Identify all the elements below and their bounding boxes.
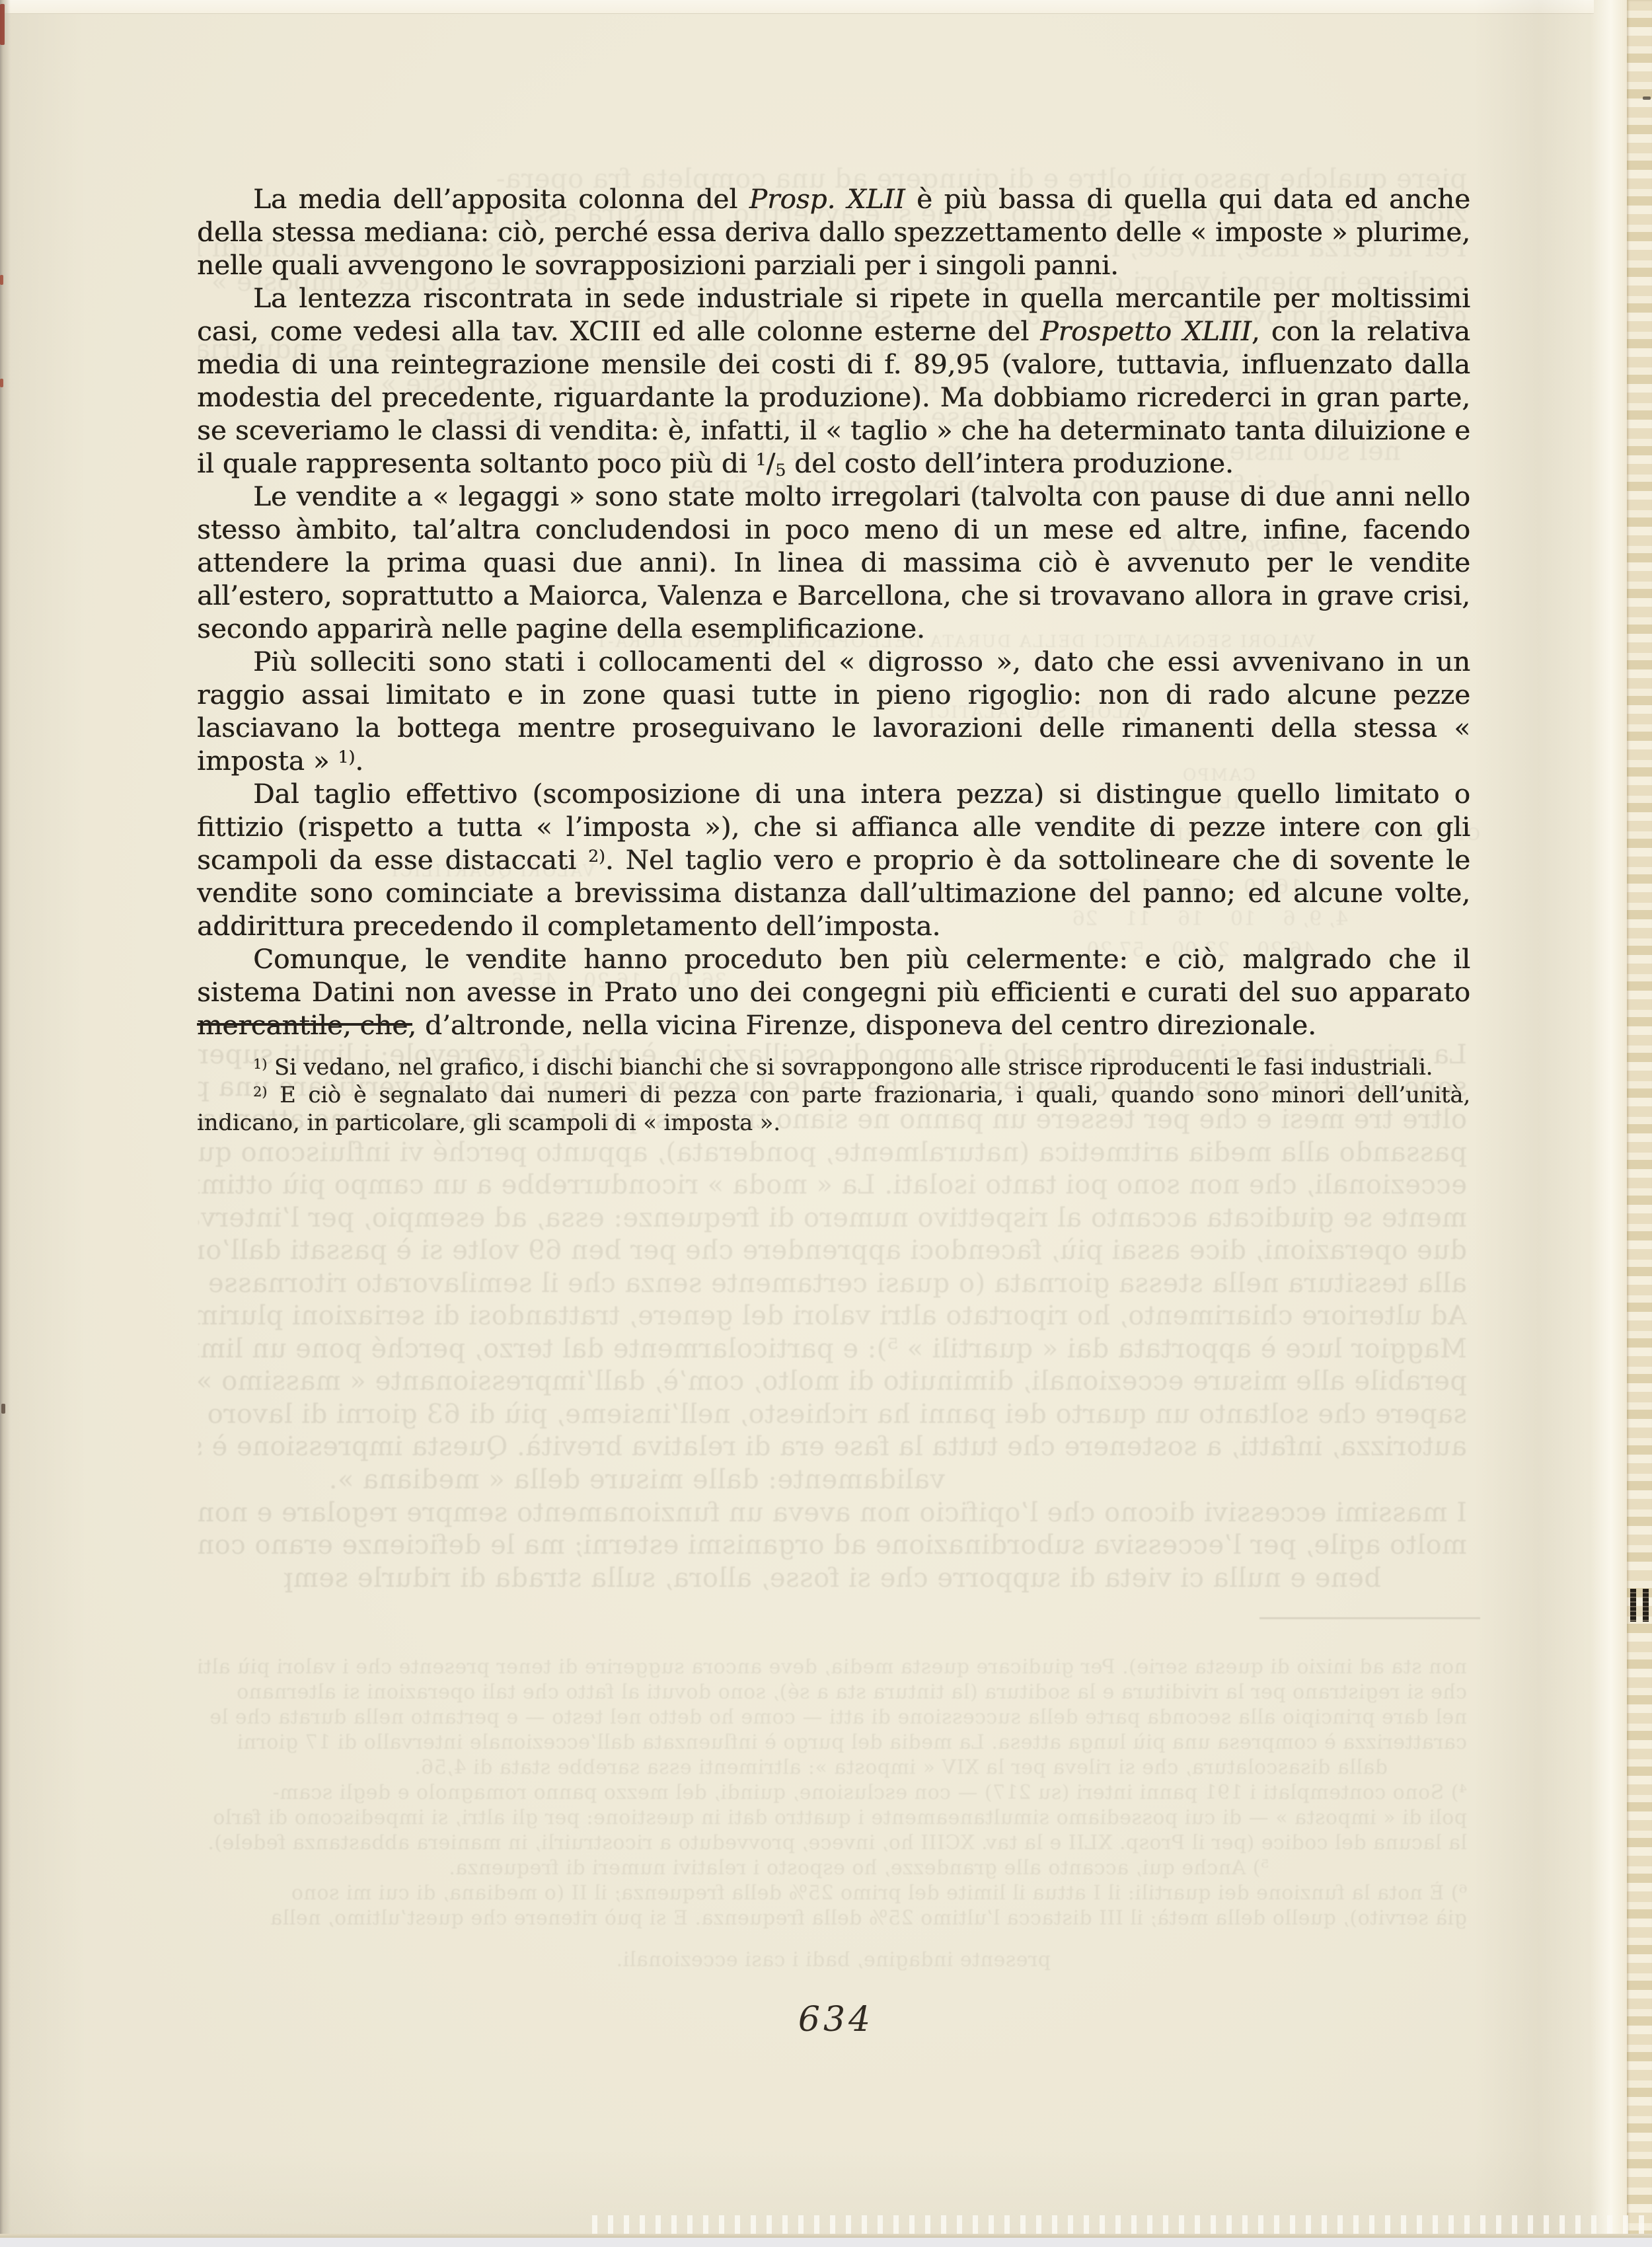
scanned-book-page: piere qualche passo più oltre e di giung… [0, 0, 1652, 2247]
bleedthrough-line: la lacuna del codice (per il Prosp. XLII… [198, 1831, 1467, 1855]
bleedthrough-line: molto agile, per l’eccessiva subordinazi… [198, 1530, 1467, 1560]
bleedthrough-line: I massimi eccessivi dicono che l’opifici… [198, 1498, 1467, 1528]
bleedthrough-line: mente se giudicata accanto al rispettivo… [198, 1203, 1467, 1233]
right-deckle-edge [1627, 0, 1652, 2247]
paragraph: La media dell’apposita colonna del Prosp… [197, 182, 1470, 282]
bleedthrough-line: dalla disascolatura, che si rileva per l… [225, 1756, 1388, 1780]
paragraph: Le vendite a « legaggi » sono state molt… [197, 480, 1470, 645]
bleedthrough-line: già servito), quello della metà; il III … [198, 1907, 1467, 1930]
bleedthrough-line: che si registrano per la rividitura e la… [198, 1681, 1467, 1704]
red-ink-mark [0, 4, 5, 45]
bleedthrough-line: bene e nulla ci vieta di supporre che si… [284, 1563, 1381, 1593]
bleedthrough-line: ⁵) Anche qui, accanto alle grandezze, ho… [278, 1856, 1269, 1880]
bleedthrough-line: caratterizza è compresa una più lunga at… [198, 1731, 1467, 1755]
red-ink-mark [0, 379, 3, 387]
bleedthrough-line: Maggior luce è apportata dai « quartili … [198, 1334, 1467, 1364]
bleedthrough-line: eccezionali, che non sono poi tanto isol… [198, 1170, 1467, 1200]
page-curve-shadow [1474, 0, 1593, 2247]
page-number: 634 [208, 2000, 1464, 2039]
binding-mark [1630, 1589, 1636, 1622]
bleedthrough-line: ⁶) È nota la funzione dei quartili: il I… [198, 1882, 1467, 1905]
paragraph: 1) Si vedano, nel grafico, i dischi bian… [197, 1053, 1470, 1081]
right-edge-highlight [1590, 0, 1628, 2247]
bleedthrough-rule [1259, 1617, 1480, 1619]
paragraph: La lentezza riscontrata in sede industri… [197, 282, 1470, 480]
dark-edge-mark [1643, 96, 1651, 100]
bleedthrough-line: perabile alle misure eccezionali, diminu… [198, 1366, 1467, 1396]
scanner-background [0, 2238, 1652, 2247]
bleedthrough-line: non sta ad inizio di questa serie). Per … [198, 1656, 1467, 1679]
body-text: La media dell’apposita colonna del Prosp… [197, 182, 1470, 1042]
bleedthrough-line: sapere che soltanto un quarto dei panni … [198, 1399, 1467, 1429]
red-ink-mark [0, 275, 3, 285]
bleedthrough-line: poli di « imposta » — di cui possediamo … [198, 1806, 1467, 1830]
left-page-edge [0, 0, 11, 2247]
paragraph: Comunque, le vendite hanno proceduto ben… [197, 942, 1470, 1042]
bleedthrough-line: autorizza, infatti, a sostenere che tutt… [198, 1431, 1467, 1462]
bleedthrough-line: due operazioni, dice assai più, facendoc… [198, 1235, 1467, 1266]
paragraph: Più solleciti sono stati i collocamenti … [197, 645, 1470, 777]
bleedthrough-line: validamente: dalle misure della « median… [198, 1465, 945, 1495]
footnote-rule [197, 1023, 412, 1026]
paragraph: 2) E ciò è segnalato dai numeri di pezza… [197, 1081, 1470, 1137]
footnotes: 1) Si vedano, nel grafico, i dischi bian… [197, 1053, 1470, 1137]
bleedthrough-line: passando alla media aritmetica (naturalm… [198, 1137, 1467, 1168]
bleedthrough-line: presente indagine, badi i casi ecceziona… [588, 1948, 1051, 1972]
bleedthrough-line: Ad ulteriore chiarimento, ho riportato a… [198, 1301, 1467, 1331]
bleedthrough-line: nel dare principio alla seconda parte de… [198, 1706, 1467, 1730]
bleedthrough-line: alla tessitura nella stessa giornata (o … [198, 1268, 1467, 1299]
binding-mark [1643, 1589, 1649, 1622]
bleedthrough-line: ⁴) Sono contemplati i 191 panni interi (… [198, 1781, 1467, 1805]
dark-edge-mark [1, 1404, 5, 1414]
top-page-edge [0, 0, 1594, 14]
paragraph: Dal taglio effettivo (scomposizione di u… [197, 777, 1470, 942]
